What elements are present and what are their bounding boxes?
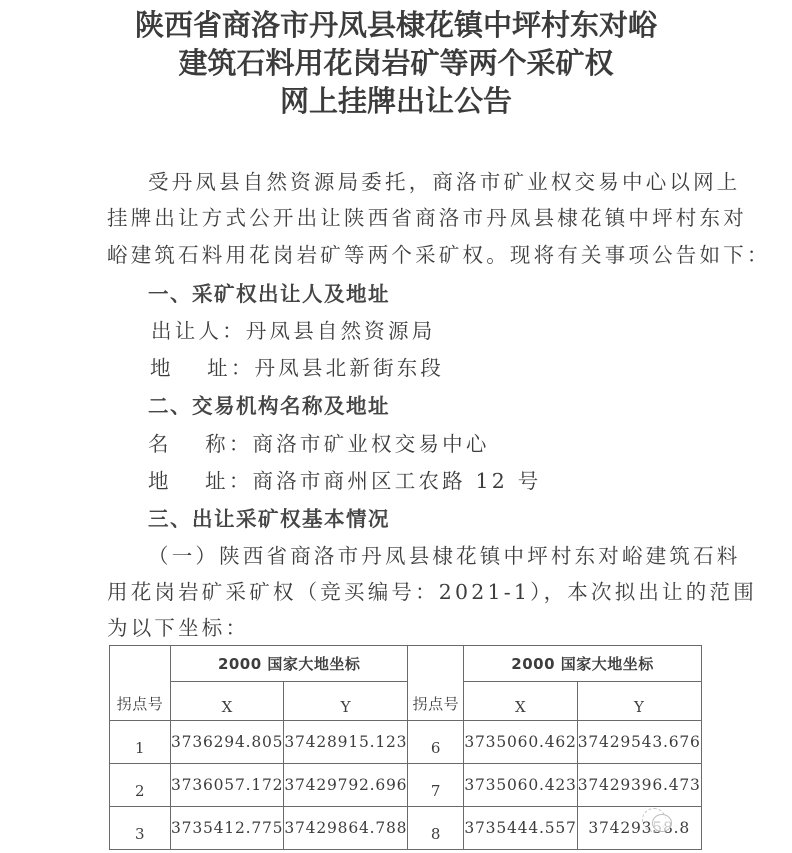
agency-address-row: 地 址：商洛市商州区工农路 12 号	[148, 467, 541, 495]
intro-line-3: 峪建筑石料用花岗岩矿等两个采矿权。现将有关事项公告如下：	[107, 241, 771, 269]
y-value: 37429792.696	[284, 764, 408, 807]
intro-line-2: 挂牌出让方式公开出让陕西省商洛市丹凤县棣花镇中坪村东对	[107, 204, 747, 232]
table-row: 1 3736294.805 37428915.123 6 3735060.462…	[110, 721, 702, 764]
grantor-address-row: 地 址：丹凤县北新街东段	[150, 354, 444, 382]
coord-header-left: 2000 国家大地坐标	[171, 646, 408, 682]
table-row: 3 3735412.775 37429864.788 8 3735444.557…	[110, 807, 702, 850]
y-value: 37429543.676	[577, 721, 701, 764]
wechat-watermark-bubble-icon	[652, 814, 672, 832]
section-3-para-line-2: 用花岗岩矿采矿权（竞买编号：2021-1），本次拟出让的范围	[107, 578, 757, 606]
section-1-heading: 一、采矿权出让人及地址	[148, 280, 390, 308]
x-value: 3735060.462	[464, 721, 577, 764]
y-value: 37428915.123	[284, 721, 408, 764]
point-header-right: 拐点号	[408, 646, 464, 721]
y-header-right: Y	[577, 682, 701, 721]
point-number: 7	[408, 764, 464, 807]
intro-line-1: 受丹凤县自然资源局委托，商洛市矿业权交易中心以网上	[148, 168, 741, 196]
y-header-left: Y	[284, 682, 408, 721]
agency-name-row: 名 称：商洛市矿业权交易中心	[148, 430, 490, 458]
y-value: 37429864.788	[284, 807, 408, 850]
section-3-heading: 三、出让采矿权基本情况	[148, 505, 390, 533]
point-number: 8	[408, 807, 464, 850]
notice-title-line-1: 陕西省商洛市丹凤县棣花镇中坪村东对峪	[0, 6, 792, 44]
notice-title-line-3: 网上挂牌出让公告	[0, 82, 792, 120]
x-value: 3735444.557	[464, 807, 577, 850]
grantor-value: 丹凤县自然资源局	[246, 319, 436, 343]
agency-address-value: 商洛市商州区工农路 12 号	[253, 469, 542, 493]
table-row: 2 3736057.172 37429792.696 7 3735060.423…	[110, 764, 702, 807]
notice-title-line-2: 建筑石料用花岗岩矿等两个采矿权	[0, 44, 792, 82]
x-value: 3735060.423	[464, 764, 577, 807]
coord-header-right: 2000 国家大地坐标	[464, 646, 701, 682]
x-value: 3736294.805	[171, 721, 284, 764]
section-3-para-line-1: （一）陕西省商洛市丹凤县棣花镇中坪村东对峪建筑石料	[148, 542, 741, 570]
grantor-address-label: 地 址：	[150, 356, 255, 380]
grantor-address-value: 丹凤县北新街东段	[255, 356, 445, 380]
x-header-right: X	[464, 682, 577, 721]
grantor-label: 出让人：	[151, 319, 246, 343]
x-value: 3735412.775	[171, 807, 284, 850]
point-header-left: 拐点号	[110, 646, 171, 721]
section-2-heading: 二、交易机构名称及地址	[148, 392, 390, 420]
point-number: 6	[408, 721, 464, 764]
agency-name-value: 商洛市矿业权交易中心	[253, 432, 490, 456]
grantor-row: 出让人：丹凤县自然资源局	[151, 317, 435, 345]
coordinate-table: 拐点号 2000 国家大地坐标 拐点号 2000 国家大地坐标 X Y X Y …	[109, 645, 702, 850]
x-value: 3736057.172	[171, 764, 284, 807]
point-number: 2	[110, 764, 171, 807]
y-value: 37429396.473	[577, 764, 701, 807]
section-3-para-line-3: 为以下坐标：	[107, 614, 249, 642]
point-number: 1	[110, 721, 171, 764]
point-number: 3	[110, 807, 171, 850]
y-value: 37429358.8	[577, 807, 701, 850]
x-header-left: X	[171, 682, 284, 721]
agency-name-label: 名 称：	[148, 432, 253, 456]
agency-address-label: 地 址：	[148, 469, 253, 493]
